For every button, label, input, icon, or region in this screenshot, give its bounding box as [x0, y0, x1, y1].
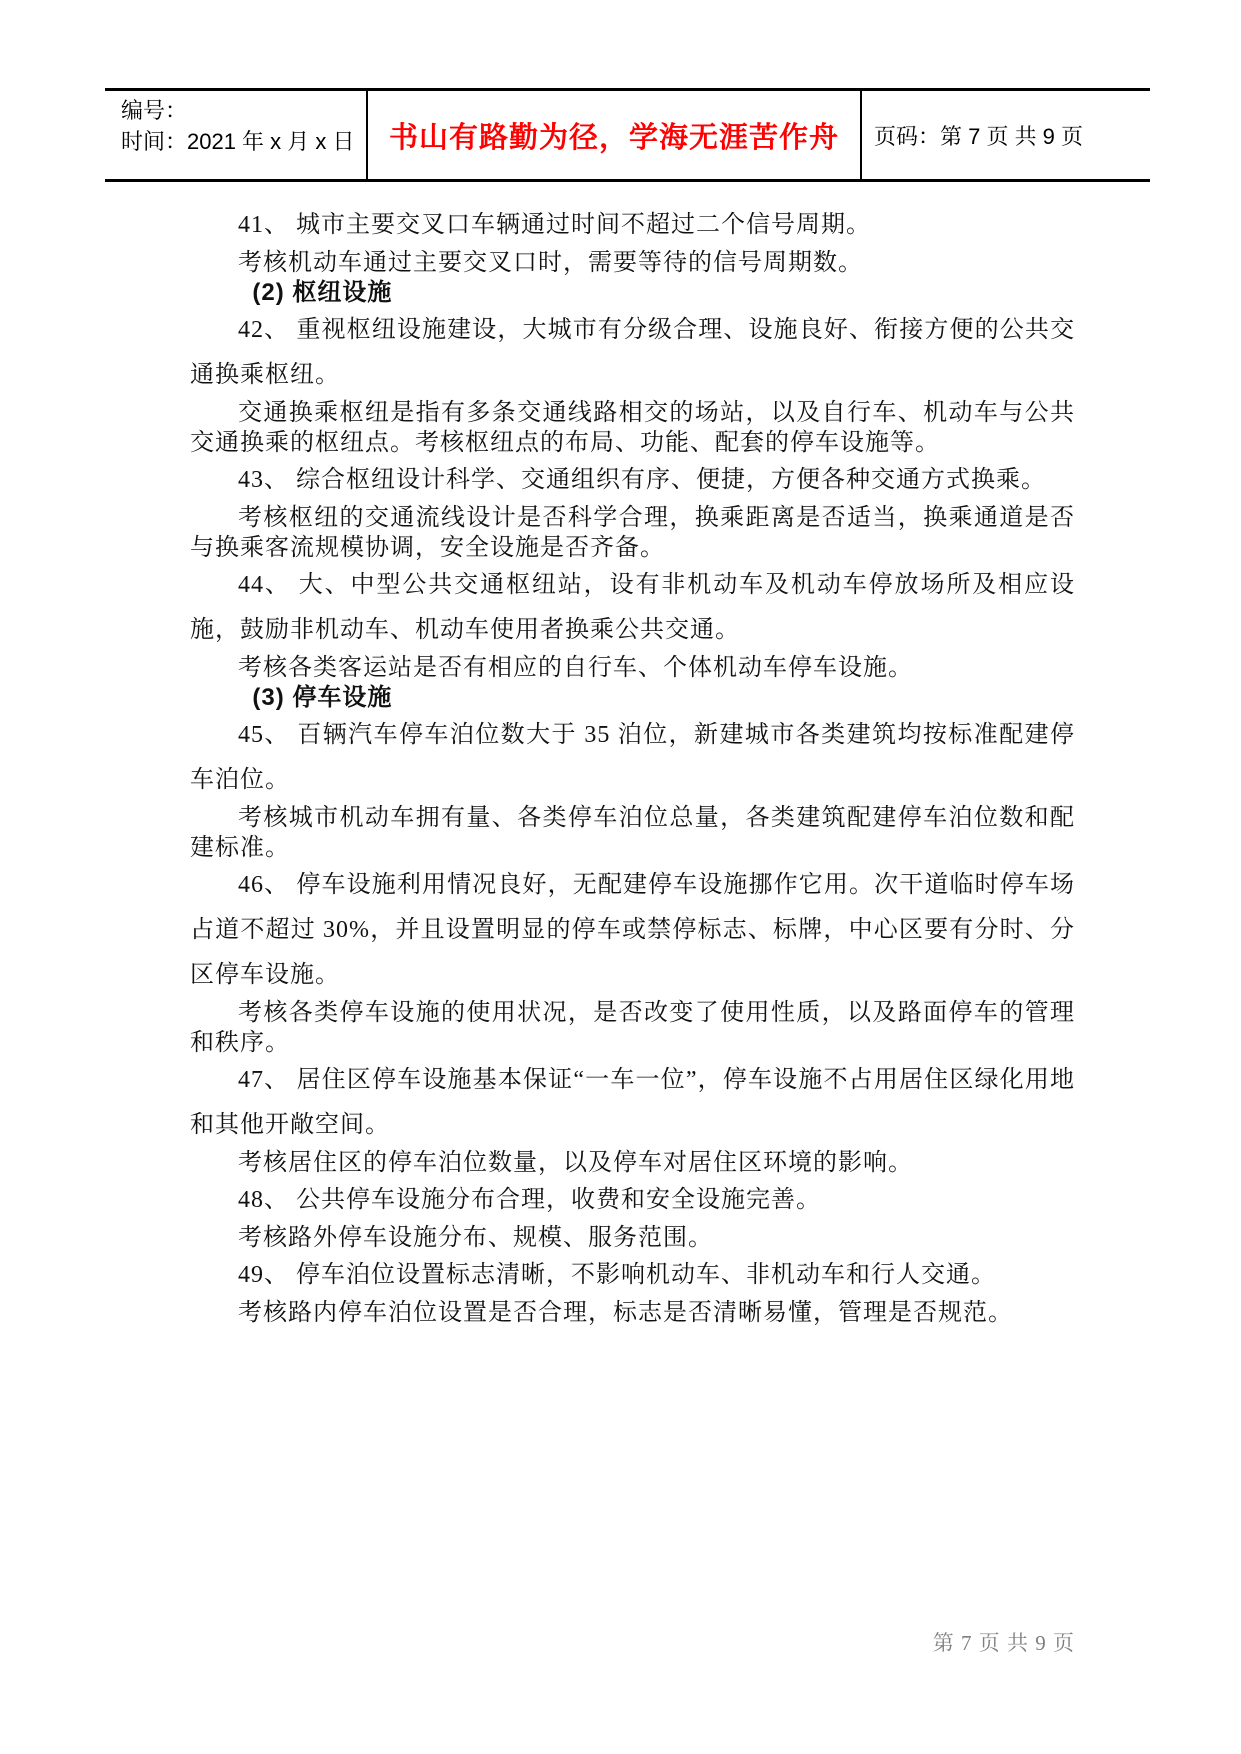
note-49: 考核路内停车泊位设置是否合理，标志是否清晰易懂，管理是否规范。 — [190, 1298, 1075, 1328]
item-43: 43、 综合枢纽设计科学、交通组织有序、便捷，方便各种交通方式换乘。 — [190, 458, 1075, 503]
slogan-text: 书山有路勤为径，学海无涯苦作舟 — [389, 115, 839, 156]
note-42: 交通换乘枢纽是指有多条交通线路相交的场站，以及自行车、机动车与公共交通换乘的枢纽… — [190, 398, 1075, 458]
header-page-cell: 页码：第 7 页 共 9 页 — [862, 91, 1150, 179]
document-page: 编号： 时间：2021 年 x 月 x 日 书山有路勤为径，学海无涯苦作舟 页码… — [0, 0, 1241, 1754]
item-49: 49、 停车泊位设置标志清晰，不影响机动车、非机动车和行人交通。 — [190, 1253, 1075, 1298]
heading-2: (2) 枢纽设施 — [190, 278, 1075, 308]
page-number-field: 页码：第 7 页 共 9 页 — [874, 120, 1083, 151]
note-43: 考核枢纽的交通流线设计是否科学合理，换乘距离是否适当，换乘通道是否与换乘客流规模… — [190, 503, 1075, 563]
note-45: 考核城市机动车拥有量、各类停车泊位总量，各类建筑配建停车泊位数和配建标准。 — [190, 803, 1075, 863]
document-number-field: 编号： — [121, 95, 366, 126]
item-46: 46、 停车设施利用情况良好，无配建停车设施挪作它用。次干道临时停车场占道不超过… — [190, 863, 1075, 998]
item-41: 41、 城市主要交叉口车辆通过时间不超过二个信号周期。 — [190, 203, 1075, 248]
item-44: 44、 大、中型公共交通枢纽站，设有非机动车及机动车停放场所及相应设施，鼓励非机… — [190, 563, 1075, 653]
page-footer: 第 7 页 共 9 页 — [190, 1628, 1075, 1658]
item-42: 42、 重视枢纽设施建设，大城市有分级合理、设施良好、衔接方便的公共交通换乘枢纽… — [190, 308, 1075, 398]
item-45: 45、 百辆汽车停车泊位数大于 35 泊位，新建城市各类建筑均按标准配建停车泊位… — [190, 713, 1075, 803]
header-table: 编号： 时间：2021 年 x 月 x 日 书山有路勤为径，学海无涯苦作舟 页码… — [105, 88, 1150, 182]
note-41: 考核机动车通过主要交叉口时，需要等待的信号周期数。 — [190, 248, 1075, 278]
document-body: 41、 城市主要交叉口车辆通过时间不超过二个信号周期。考核机动车通过主要交叉口时… — [190, 203, 1075, 1328]
header-slogan-cell: 书山有路勤为径，学海无涯苦作舟 — [368, 91, 862, 179]
item-47: 47、 居住区停车设施基本保证“一车一位”，停车设施不占用居住区绿化用地和其他开… — [190, 1058, 1075, 1148]
note-46: 考核各类停车设施的使用状况，是否改变了使用性质，以及路面停车的管理和秩序。 — [190, 998, 1075, 1058]
header-left-cell: 编号： 时间：2021 年 x 月 x 日 — [105, 91, 368, 179]
note-47: 考核居住区的停车泊位数量，以及停车对居住区环境的影响。 — [190, 1148, 1075, 1178]
document-time-field: 时间：2021 年 x 月 x 日 — [121, 126, 366, 157]
footer-page-info: 第 7 页 共 9 页 — [933, 1631, 1075, 1655]
note-44: 考核各类客运站是否有相应的自行车、个体机动车停车设施。 — [190, 653, 1075, 683]
note-48: 考核路外停车设施分布、规模、服务范围。 — [190, 1223, 1075, 1253]
item-48: 48、 公共停车设施分布合理，收费和安全设施完善。 — [190, 1178, 1075, 1223]
heading-3: (3) 停车设施 — [190, 683, 1075, 713]
